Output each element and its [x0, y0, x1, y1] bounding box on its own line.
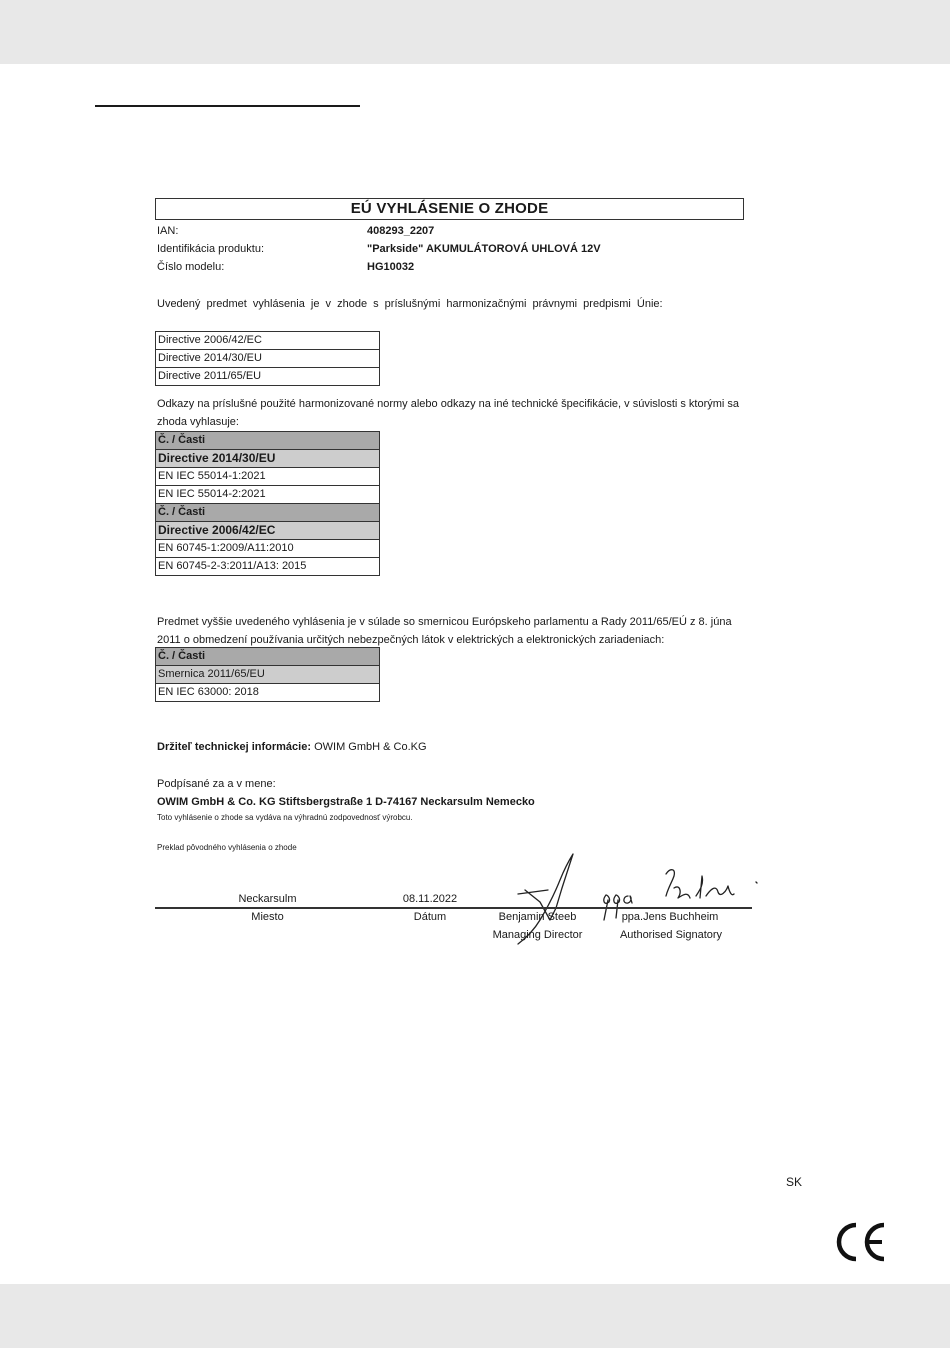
directive-cell: Directive 2006/42/EC	[156, 522, 380, 540]
table-row: Directive 2014/30/EU	[156, 350, 380, 368]
table-header-row: Č. / Časti	[156, 432, 380, 450]
directive-cell: Directive 2014/30/EU	[156, 450, 380, 468]
directive-cell: Directive 2006/42/EC	[156, 332, 380, 350]
directives-table: Directive 2006/42/EC Directive 2014/30/E…	[155, 331, 380, 386]
field-label-product: Identifikácia produktu:	[157, 242, 264, 256]
rohs-table: Č. / Časti Smernica 2011/65/EU EN IEC 63…	[155, 647, 380, 702]
standard-cell: EN 60745-2-3:2011/A13: 2015	[156, 558, 380, 576]
field-value-ian: 408293_2207	[367, 224, 434, 238]
table-row: EN 60745-2-3:2011/A13: 2015	[156, 558, 380, 576]
signed-on-behalf-label: Podpísané za a v mene:	[157, 778, 276, 790]
ce-mark-icon	[836, 1222, 888, 1262]
responsibility-note: Toto vyhlásenie o zhode sa vydáva na výh…	[157, 813, 413, 823]
standard-cell: EN IEC 55014-1:2021	[156, 468, 380, 486]
signature-line	[155, 907, 752, 909]
signatory1-title: Managing Director	[480, 929, 595, 941]
document-title: EÚ VYHLÁSENIE O ZHODE	[155, 198, 744, 220]
standards-table: Č. / Časti Directive 2014/30/EU EN IEC 5…	[155, 431, 380, 576]
table-row: EN IEC 63000: 2018	[156, 684, 380, 702]
standard-cell: EN 60745-1:2009/A11:2010	[156, 540, 380, 558]
date-value: 08.11.2022	[385, 893, 475, 905]
header-cell: Č. / Časti	[156, 432, 380, 450]
standard-cell: EN IEC 55014-2:2021	[156, 486, 380, 504]
header-cell: Č. / Časti	[156, 504, 380, 522]
date-label: Dátum	[385, 911, 475, 923]
directive-cell: Smernica 2011/65/EU	[156, 666, 380, 684]
technical-info-holder: Držiteľ technickej informácie: OWIM GmbH…	[157, 741, 427, 753]
signatory2-title: Authorised Signatory	[610, 929, 732, 941]
directive-cell: Directive 2014/30/EU	[156, 350, 380, 368]
language-code: SK	[786, 1175, 802, 1189]
header-rule	[95, 105, 360, 107]
field-value-model: HG10032	[367, 260, 414, 274]
signatory2-name: ppa.Jens Buchheim	[610, 911, 730, 923]
table-header-row: Č. / Časti	[156, 648, 380, 666]
holder-label: Držiteľ technickej informácie:	[157, 741, 311, 753]
standards-intro: Odkazy na príslušné použité harmonizovan…	[157, 395, 747, 431]
header-cell: Č. / Časti	[156, 648, 380, 666]
table-row: Directive 2006/42/EC	[156, 332, 380, 350]
translation-note: Preklad pôvodného vyhlásenia o zhode	[157, 843, 297, 853]
table-row: EN IEC 55014-2:2021	[156, 486, 380, 504]
table-row: Directive 2011/65/EU	[156, 368, 380, 386]
rohs-intro: Predmet vyššie uvedeného vyhlásenia je v…	[157, 613, 747, 649]
top-margin-band	[0, 0, 950, 64]
table-header-row: Č. / Časti	[156, 504, 380, 522]
bottom-margin-band	[0, 1284, 950, 1348]
directive-row: Smernica 2011/65/EU	[156, 666, 380, 684]
field-value-product: "Parkside" AKUMULÁTOROVÁ UHLOVÁ 12V	[367, 242, 601, 256]
conformity-statement: Uvedený predmet vyhlásenia je v zhode s …	[157, 295, 747, 313]
field-label-ian: IAN:	[157, 224, 178, 238]
directive-row: Directive 2014/30/EU	[156, 450, 380, 468]
table-row: EN IEC 55014-1:2021	[156, 468, 380, 486]
holder-value: OWIM GmbH & Co.KG	[314, 741, 426, 753]
directive-row: Directive 2006/42/EC	[156, 522, 380, 540]
place-value: Neckarsulm	[220, 893, 315, 905]
directive-cell: Directive 2011/65/EU	[156, 368, 380, 386]
standard-cell: EN IEC 63000: 2018	[156, 684, 380, 702]
place-label: Miesto	[220, 911, 315, 923]
company-address: OWIM GmbH & Co. KG Stiftsbergstraße 1 D-…	[157, 796, 535, 808]
field-label-model: Číslo modelu:	[157, 260, 224, 274]
signatory1-name: Benjamin Steeb	[480, 911, 595, 923]
table-row: EN 60745-1:2009/A11:2010	[156, 540, 380, 558]
